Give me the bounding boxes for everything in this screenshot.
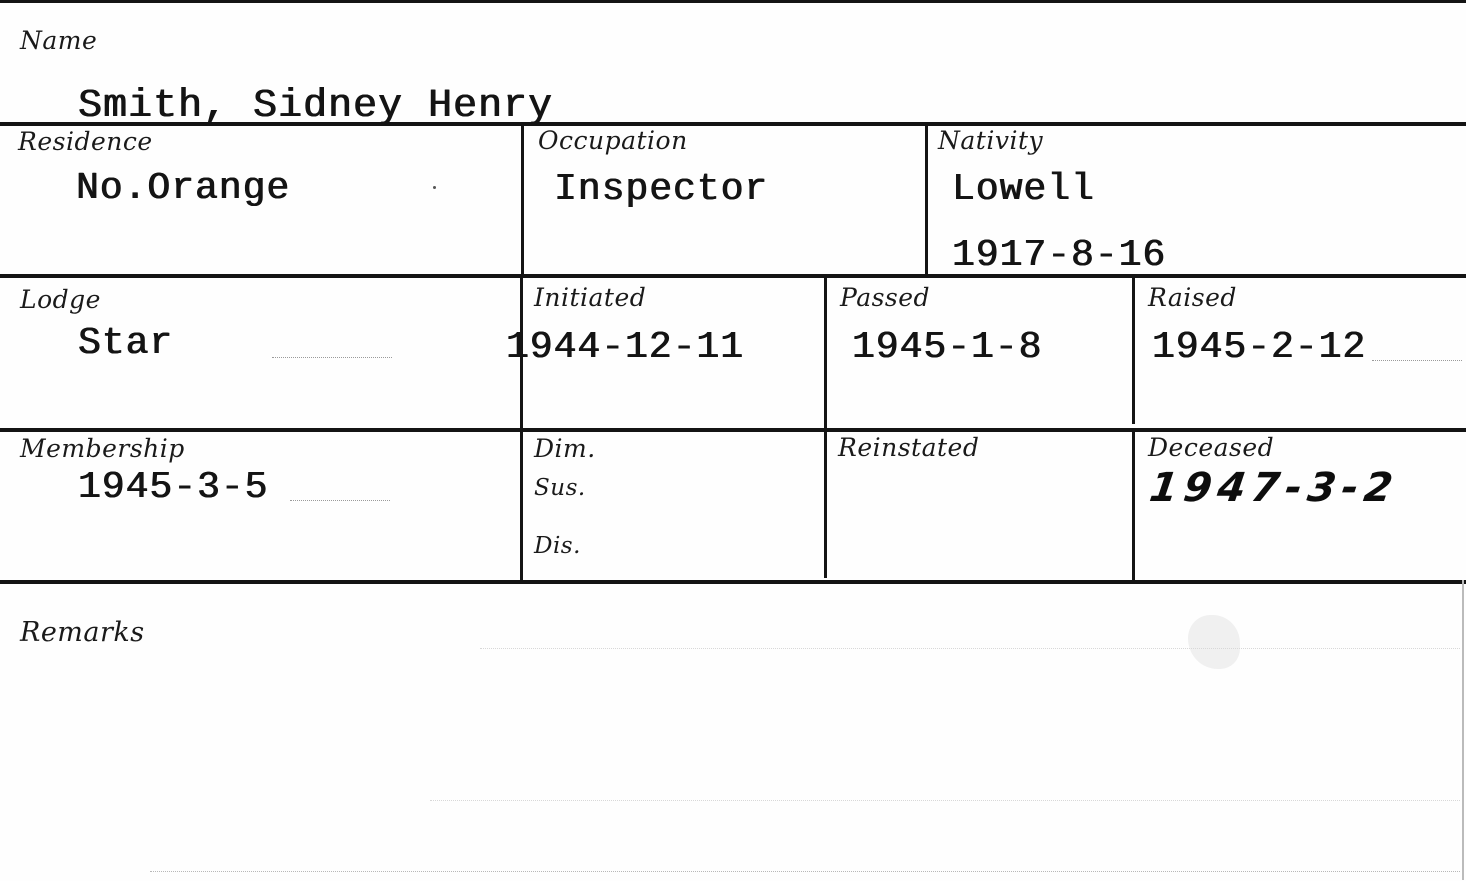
- rule-below-residence-row: [0, 274, 1466, 278]
- deceased-value-handwritten: 1947-3-2: [1147, 465, 1402, 511]
- rule-below-membership-row: [0, 580, 1466, 584]
- residence-value: No.Orange: [76, 167, 290, 210]
- right-edge: [1462, 580, 1464, 880]
- rule-below-lodge-row: [0, 428, 1466, 432]
- name-value: Smith, Sidney Henry: [78, 84, 553, 129]
- raised-label: Raised: [1148, 283, 1237, 312]
- lodge-value: Star: [78, 322, 173, 365]
- passed-label: Passed: [840, 283, 930, 312]
- divider-passed-raised: [1132, 278, 1135, 424]
- remarks-label: Remarks: [20, 617, 145, 648]
- ink-speck: [433, 186, 436, 189]
- divider-membership-dim: [520, 432, 523, 580]
- nativity-date: 1917-8-16: [952, 234, 1166, 277]
- lodge-label: Lodge: [20, 285, 101, 314]
- faint-stamp-mark: [1188, 615, 1240, 669]
- reinstated-label: Reinstated: [838, 433, 979, 462]
- name-label: Name: [20, 26, 97, 55]
- sus-label: Sus.: [534, 475, 586, 501]
- divider-initiated-passed: [824, 278, 827, 428]
- dotted-fill: [272, 357, 392, 358]
- nativity-label: Nativity: [938, 126, 1043, 155]
- residence-label: Residence: [18, 127, 153, 156]
- divider-occupation-nativity: [925, 126, 928, 274]
- raised-value: 1945-2-12: [1152, 326, 1366, 369]
- faint-guide-line: [150, 871, 1460, 872]
- faint-guide-line: [480, 648, 1460, 649]
- initiated-value: 1944-12-11: [506, 326, 744, 369]
- dotted-fill: [290, 500, 390, 501]
- index-card: Name Smith, Sidney Henry Residence No.Or…: [0, 0, 1466, 881]
- dis-label: Dis.: [534, 533, 581, 559]
- occupation-value: Inspector: [554, 168, 768, 211]
- deceased-label: Deceased: [1148, 433, 1274, 462]
- initiated-label: Initiated: [534, 283, 646, 312]
- dotted-fill: [1372, 360, 1462, 361]
- divider-dim-reinstated: [824, 432, 827, 578]
- top-border: [0, 0, 1466, 3]
- faint-guide-line: [430, 800, 1460, 801]
- membership-value: 1945-3-5: [78, 466, 268, 509]
- membership-label: Membership: [20, 434, 185, 463]
- nativity-place: Lowell: [952, 168, 1095, 211]
- divider-reinstated-deceased: [1132, 432, 1135, 580]
- occupation-label: Occupation: [538, 126, 688, 155]
- passed-value: 1945-1-8: [852, 326, 1042, 369]
- dim-label: Dim.: [534, 434, 596, 463]
- divider-residence-occupation: [521, 126, 524, 274]
